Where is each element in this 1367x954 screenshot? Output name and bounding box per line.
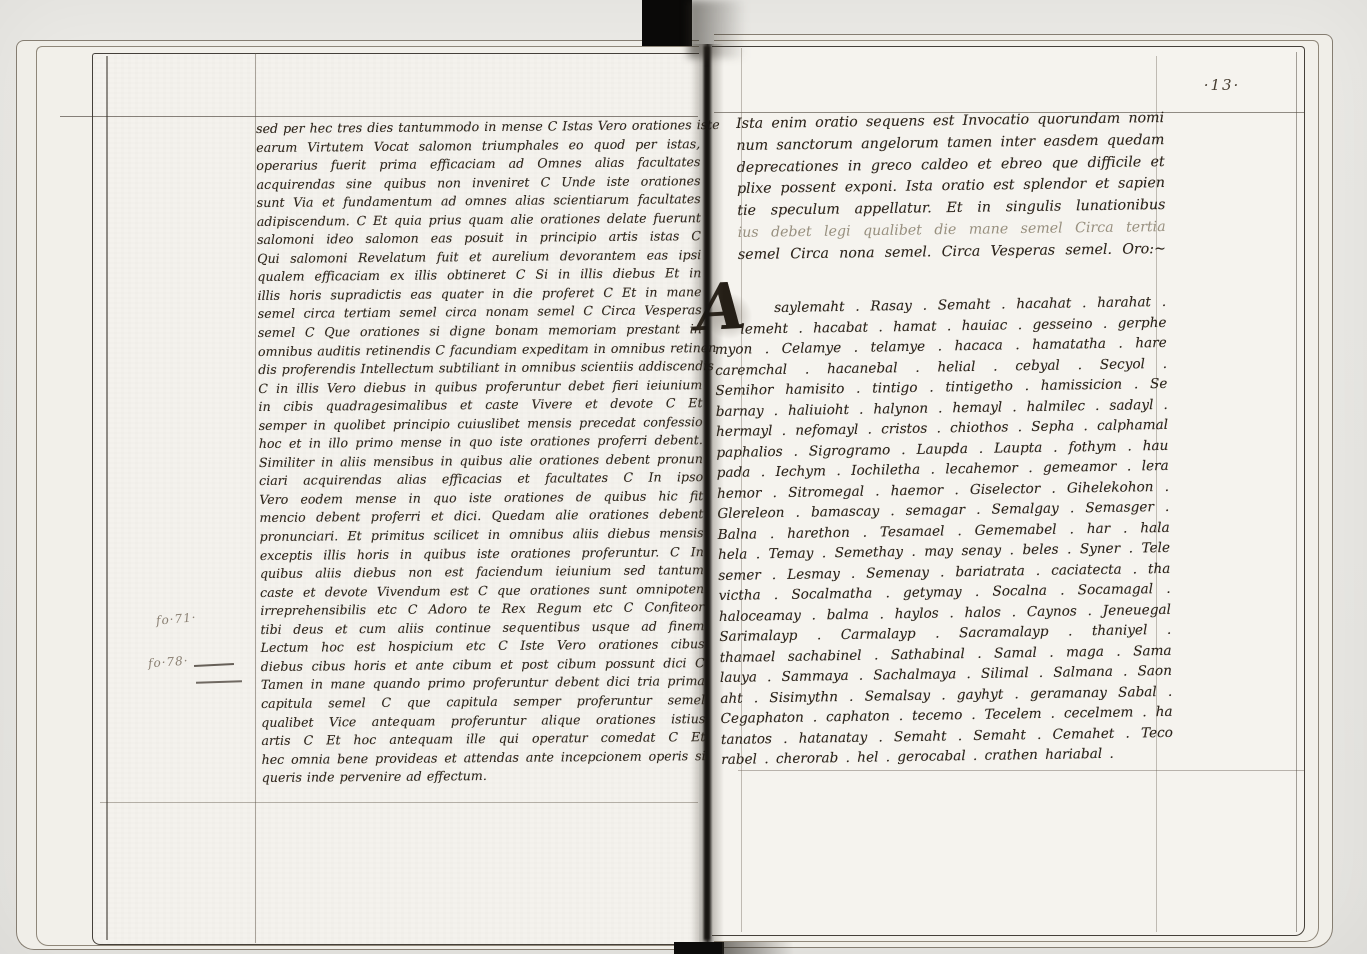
manuscript-photo: ·13· sed per hec tres dies tantummodo in… <box>0 0 1367 954</box>
right-page-names-block: saylemaht . Rasay . Semaht . hacahat . h… <box>714 292 1173 771</box>
manuscript-text-line: queris inde pervenire ad effectum. <box>262 765 706 787</box>
left-page-fold-line <box>106 56 108 940</box>
right-page-fold-line <box>1296 52 1297 932</box>
left-page-text-block: sed per hec tres dies tantummodo in mens… <box>256 116 706 788</box>
gutter-core-shadow <box>704 46 710 940</box>
margin-note-fo78: fo·78· <box>148 654 189 671</box>
spine-top-shadow <box>688 0 746 58</box>
folio-number: ·13· <box>1190 76 1254 94</box>
spine-bottom-strip <box>674 942 724 954</box>
right-page-intro-block: Ista enim oratio sequens est Invocatio q… <box>736 108 1166 267</box>
spine-top-strip <box>642 0 692 46</box>
ruled-line-left-bottom <box>100 802 698 803</box>
ruled-line-right-bottom <box>738 770 1304 771</box>
spine-bottom-shadow <box>722 942 794 954</box>
